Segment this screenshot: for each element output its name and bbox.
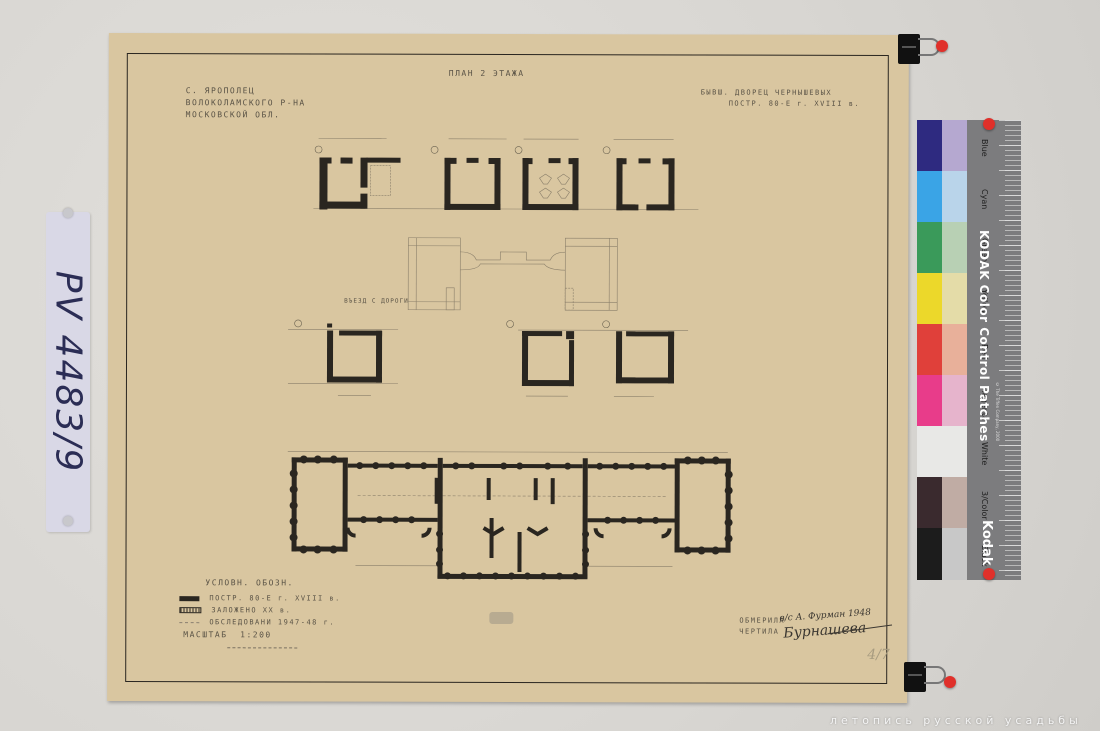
drawing-sheet: ПЛАН 2 ЭТАЖА С. ЯРОПОЛЕЦ ВОЛОКОЛАМСКОГО …: [107, 33, 909, 703]
kodak-brand-title: KODAK Color Control Patches: [977, 230, 991, 442]
archive-label-text: PV 4483/9: [48, 271, 89, 473]
floor-plan-drawing: [107, 33, 909, 703]
legend-title: УСЛОВН. ОБОЗН.: [205, 577, 293, 589]
patch-black-dark: [917, 528, 942, 580]
legend-swatch-dashed: [179, 622, 199, 623]
patch-blue-dark: [917, 120, 942, 171]
drawn-by-label: ЧЕРТИЛА: [739, 626, 779, 638]
patch-label-cyan: Cyan: [967, 179, 989, 219]
pin-icon: [63, 208, 73, 218]
archive-label-strip: PV 4483/9: [46, 212, 90, 532]
red-pin-icon: [936, 40, 948, 52]
kodak-copyright: © The Tiffen Company, 2000: [995, 382, 1000, 441]
patch-blue-light: [942, 120, 967, 171]
legend-item-dashed: ОБСЛЕДОВАНИ 1947-48 г.: [179, 618, 335, 626]
patch-label-3color: 3/Color: [967, 485, 989, 525]
patch-black-light: [942, 528, 967, 580]
patch-magenta-light: [942, 375, 967, 426]
patch-magenta-dark: [917, 375, 942, 426]
ruler-ticks-major: [999, 120, 1021, 580]
scale-bar: [227, 647, 297, 648]
sheet-number: 4/7: [867, 647, 890, 663]
red-pin-icon: [944, 676, 956, 688]
patch-yellow-dark: [917, 273, 942, 324]
pin-icon: [63, 516, 73, 526]
patch-3color-light: [942, 477, 967, 528]
patch-3color-dark: [917, 477, 942, 528]
legend-swatch-hatched: [179, 607, 201, 613]
patch-red-dark: [917, 324, 942, 375]
red-pin-icon: [983, 568, 995, 580]
patch-white: [917, 426, 967, 477]
kodak-color-chart: Blue Cyan Green Yellow Red Magenta White…: [917, 120, 1021, 580]
legend-swatch-solid: [179, 596, 199, 601]
patch-cyan-dark: [917, 171, 942, 222]
watermark: летопись русской усадьбы: [830, 714, 1082, 727]
patch-green-dark: [917, 222, 942, 273]
legend-item-solid: ПОСТР. 80-Е г. XVIII в.: [179, 594, 340, 602]
patch-yellow-light: [942, 273, 967, 324]
patch-cyan-light: [942, 171, 967, 222]
entrance-label: ВЪЕЗД С ДОРОГИ: [344, 296, 409, 308]
kodak-logo: Kodak: [979, 520, 994, 566]
scale-label: МАСШТАБ 1:200: [183, 629, 271, 641]
red-pin-icon: [983, 118, 995, 130]
legend-item-hatched: ЗАЛОЖЕНО XX в.: [179, 606, 291, 614]
patch-red-light: [942, 324, 967, 375]
patch-label-blue: Blue: [967, 128, 989, 168]
stamp-mark: [489, 612, 513, 624]
patch-green-light: [942, 222, 967, 273]
